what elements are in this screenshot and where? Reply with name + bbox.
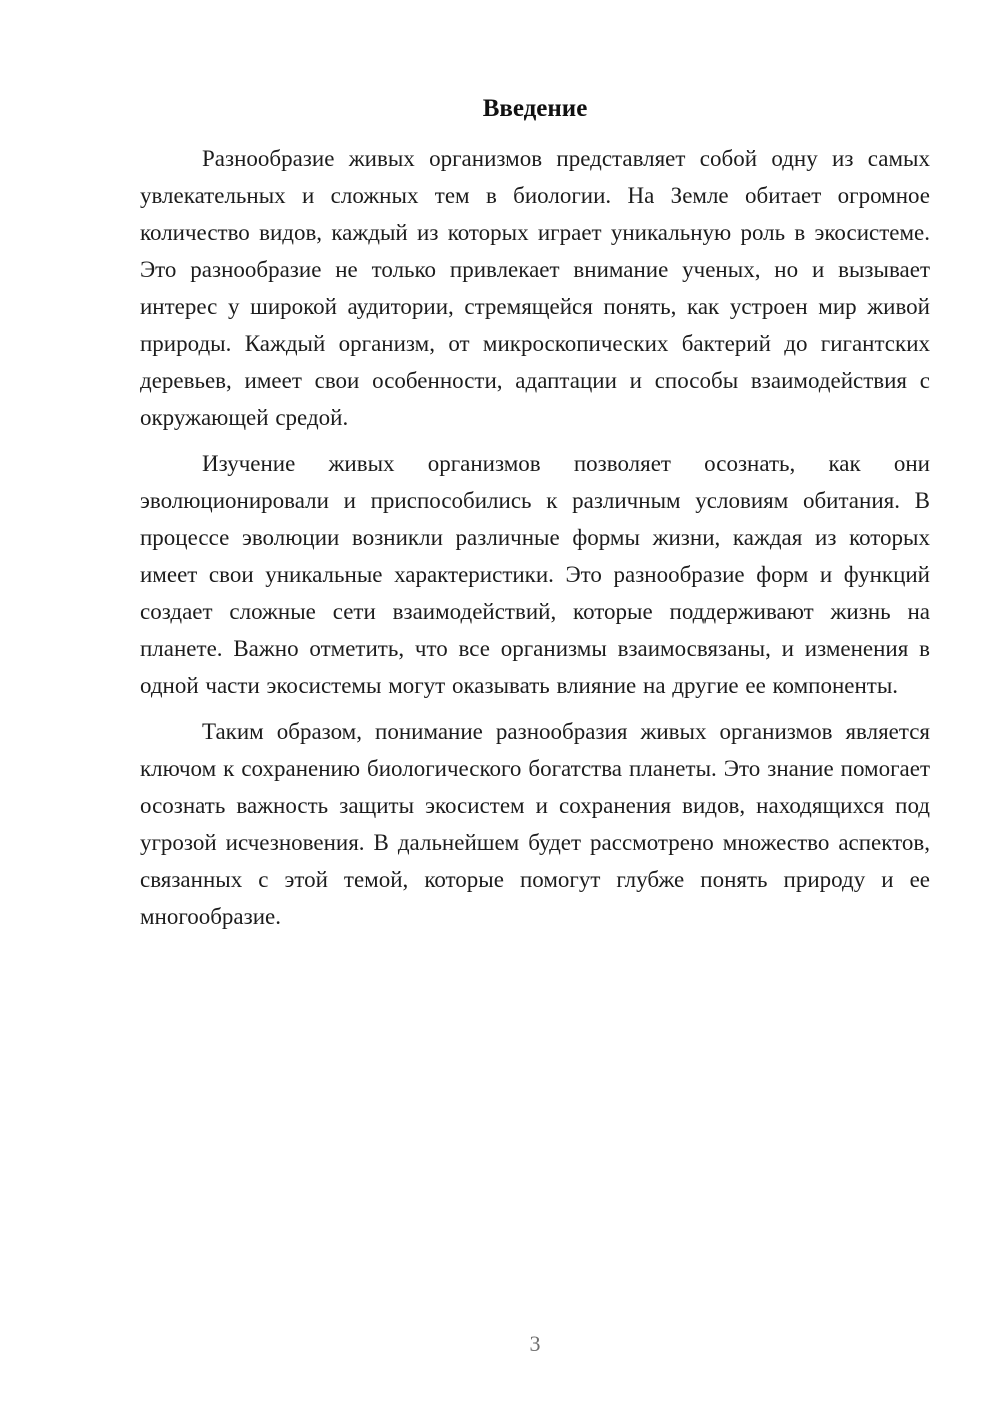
page-title: Введение: [140, 92, 930, 126]
page-number: 3: [140, 1330, 930, 1357]
body-paragraph-1: Разнообразие живых организмов представля…: [140, 140, 930, 436]
document-content: Введение Разнообразие живых организмов п…: [140, 0, 930, 944]
body-paragraph-2: Изучение живых организмов позволяет осоз…: [140, 445, 930, 704]
document-page: Введение Разнообразие живых организмов п…: [0, 0, 1000, 1414]
body-paragraph-3: Таким образом, понимание разнообразия жи…: [140, 713, 930, 935]
